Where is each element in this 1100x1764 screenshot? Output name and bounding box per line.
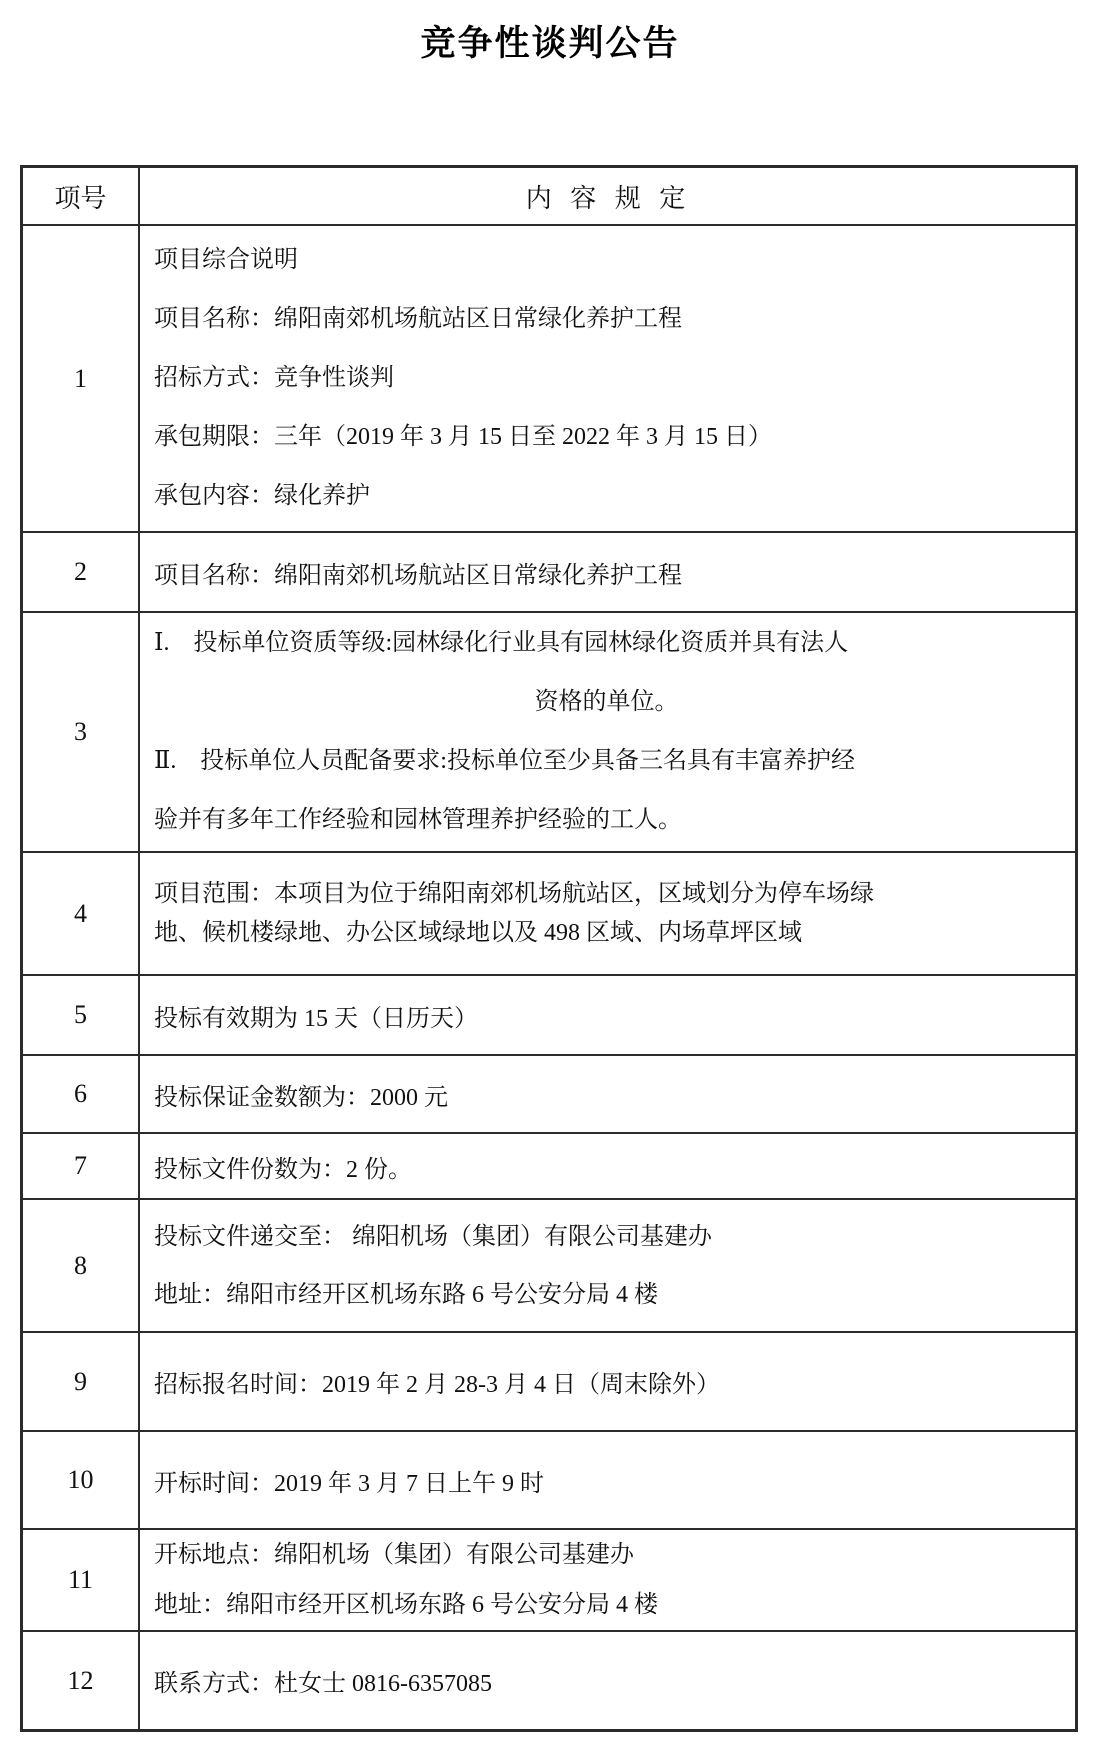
row-number: 8 <box>23 1200 140 1331</box>
row-content: 项目名称：绵阳南郊机场航站区日常绿化养护工程 <box>140 533 1075 611</box>
table-row: 7 投标文件份数为：2 份。 <box>23 1134 1075 1200</box>
row-content: 项目综合说明 项目名称：绵阳南郊机场航站区日常绿化养护工程 招标方式：竞争性谈判… <box>140 226 1075 531</box>
content-line: 项目名称：绵阳南郊机场航站区日常绿化养护工程 <box>154 290 1059 349</box>
row-number: 3 <box>23 613 140 851</box>
content-line: 投标有效期为 15 天（日历天） <box>154 998 1059 1033</box>
content-line: 地址：绵阳市经开区机场东路 6 号公安分局 4 楼 <box>154 1580 1059 1630</box>
page-title: 竞争性谈判公告 <box>0 16 1100 66</box>
content-line: 开标时间：2019 年 3 月 7 日上午 9 时 <box>154 1463 1059 1498</box>
row-number: 10 <box>23 1432 140 1528</box>
table-row: 12 联系方式：杜女士 0816-6357085 <box>23 1632 1075 1729</box>
content-line: 招标方式：竞争性谈判 <box>154 349 1059 408</box>
row-content: 开标时间：2019 年 3 月 7 日上午 9 时 <box>140 1432 1075 1528</box>
table-row: 6 投标保证金数额为：2000 元 <box>23 1056 1075 1134</box>
table-row: 11 开标地点：绵阳机场（集团）有限公司基建办 地址：绵阳市经开区机场东路 6 … <box>23 1530 1075 1632</box>
content-line: 验并有多年工作经验和园林管理养护经验的工人。 <box>154 791 1059 850</box>
table-row: 5 投标有效期为 15 天（日历天） <box>23 976 1075 1056</box>
content-line: 资格的单位。 <box>154 673 1059 732</box>
content-line: 承包期限：三年（2019 年 3 月 15 日至 2022 年 3 月 15 日… <box>154 408 1059 467</box>
content-line: Ⅱ. 投标单位人员配备要求:投标单位至少具备三名具有丰富养护经 <box>154 732 1059 791</box>
content-line: 项目范围：本项目为位于绵阳南郊机场航站区，区域划分为停车场绿 <box>154 875 1059 914</box>
content-line: 联系方式：杜女士 0816-6357085 <box>154 1663 1059 1698</box>
table-row: 2 项目名称：绵阳南郊机场航站区日常绿化养护工程 <box>23 533 1075 613</box>
row-number: 5 <box>23 976 140 1054</box>
row-content: 投标文件份数为：2 份。 <box>140 1134 1075 1198</box>
document-page: 竞争性谈判公告 项号 内 容 规 定 1 项目综合说明 项目名称：绵阳南郊机场航… <box>0 0 1100 1764</box>
header-item-number: 项号 <box>23 168 140 224</box>
content-line: 招标报名时间：2019 年 2 月 28-3 月 4 日（周末除外） <box>154 1364 1059 1399</box>
row-content: 招标报名时间：2019 年 2 月 28-3 月 4 日（周末除外） <box>140 1333 1075 1430</box>
header-content-spec: 内 容 规 定 <box>140 168 1075 224</box>
table-header-row: 项号 内 容 规 定 <box>23 168 1075 226</box>
row-content: 投标保证金数额为：2000 元 <box>140 1056 1075 1132</box>
content-line: 地址：绵阳市经开区机场东路 6 号公安分局 4 楼 <box>154 1266 1059 1324</box>
table-row: 10 开标时间：2019 年 3 月 7 日上午 9 时 <box>23 1432 1075 1530</box>
row-number: 12 <box>23 1632 140 1729</box>
content-line: 投标文件份数为：2 份。 <box>154 1149 1059 1184</box>
content-line: 投标保证金数额为：2000 元 <box>154 1077 1059 1112</box>
table-row: 9 招标报名时间：2019 年 2 月 28-3 月 4 日（周末除外） <box>23 1333 1075 1432</box>
content-line: 承包内容：绿化养护 <box>154 467 1059 526</box>
row-number: 4 <box>23 853 140 974</box>
announcement-table: 项号 内 容 规 定 1 项目综合说明 项目名称：绵阳南郊机场航站区日常绿化养护… <box>20 165 1078 1732</box>
content-line: 项目综合说明 <box>154 231 1059 290</box>
table-row: 4 项目范围：本项目为位于绵阳南郊机场航站区，区域划分为停车场绿 地、候机楼绿地… <box>23 853 1075 976</box>
row-content: 开标地点：绵阳机场（集团）有限公司基建办 地址：绵阳市经开区机场东路 6 号公安… <box>140 1530 1075 1630</box>
content-line: 项目名称：绵阳南郊机场航站区日常绿化养护工程 <box>154 555 1059 590</box>
row-number: 2 <box>23 533 140 611</box>
row-number: 1 <box>23 226 140 531</box>
content-line: 开标地点：绵阳机场（集团）有限公司基建办 <box>154 1530 1059 1580</box>
table-row: 3 Ⅰ. 投标单位资质等级:园林绿化行业具有园林绿化资质并具有法人 资格的单位。… <box>23 613 1075 853</box>
row-number: 11 <box>23 1530 140 1630</box>
row-content: 项目范围：本项目为位于绵阳南郊机场航站区，区域划分为停车场绿 地、候机楼绿地、办… <box>140 853 1075 974</box>
row-number: 7 <box>23 1134 140 1198</box>
content-line: Ⅰ. 投标单位资质等级:园林绿化行业具有园林绿化资质并具有法人 <box>154 614 1059 673</box>
content-line: 投标文件递交至： 绵阳机场（集团）有限公司基建办 <box>154 1208 1059 1266</box>
table-row: 1 项目综合说明 项目名称：绵阳南郊机场航站区日常绿化养护工程 招标方式：竞争性… <box>23 226 1075 533</box>
table-row: 8 投标文件递交至： 绵阳机场（集团）有限公司基建办 地址：绵阳市经开区机场东路… <box>23 1200 1075 1333</box>
row-content: 联系方式：杜女士 0816-6357085 <box>140 1632 1075 1729</box>
row-number: 6 <box>23 1056 140 1132</box>
content-line: 地、候机楼绿地、办公区域绿地以及 498 区域、内场草坪区域 <box>154 914 1059 953</box>
row-content: 投标有效期为 15 天（日历天） <box>140 976 1075 1054</box>
row-content: Ⅰ. 投标单位资质等级:园林绿化行业具有园林绿化资质并具有法人 资格的单位。 Ⅱ… <box>140 613 1075 851</box>
row-number: 9 <box>23 1333 140 1430</box>
row-content: 投标文件递交至： 绵阳机场（集团）有限公司基建办 地址：绵阳市经开区机场东路 6… <box>140 1200 1075 1331</box>
